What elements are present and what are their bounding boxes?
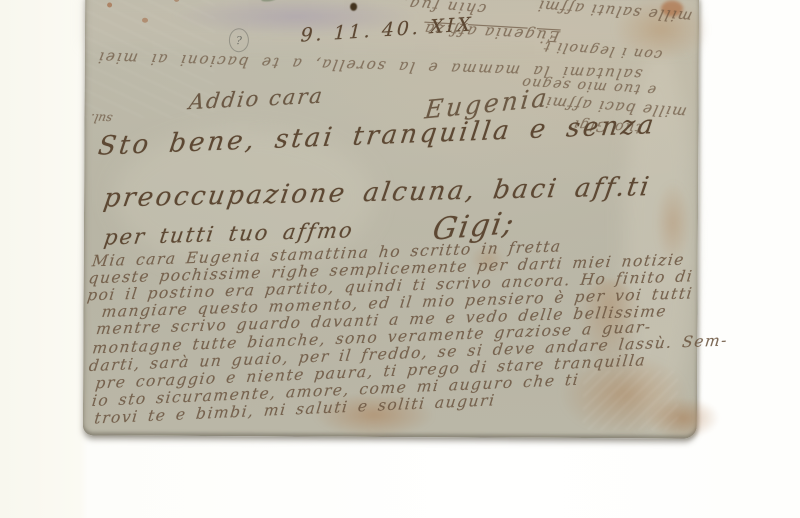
pencil-circle-annotation: ?: [229, 28, 249, 52]
postcard: ? chin fug. mille saluti affmi Eugenia a…: [83, 0, 699, 439]
pencil-question-mark: ?: [236, 34, 242, 47]
scanned-postcard-photo: ? chin fug. mille saluti affmi Eugenia a…: [0, 0, 800, 518]
inverted-line-9: sul.: [89, 111, 113, 126]
paragraph-block: Mia cara Eugenia stamattina ho scritto i…: [86, 234, 703, 423]
salutation-line: Addio cara: [188, 84, 326, 115]
stain-dark-fleck: [350, 3, 357, 11]
